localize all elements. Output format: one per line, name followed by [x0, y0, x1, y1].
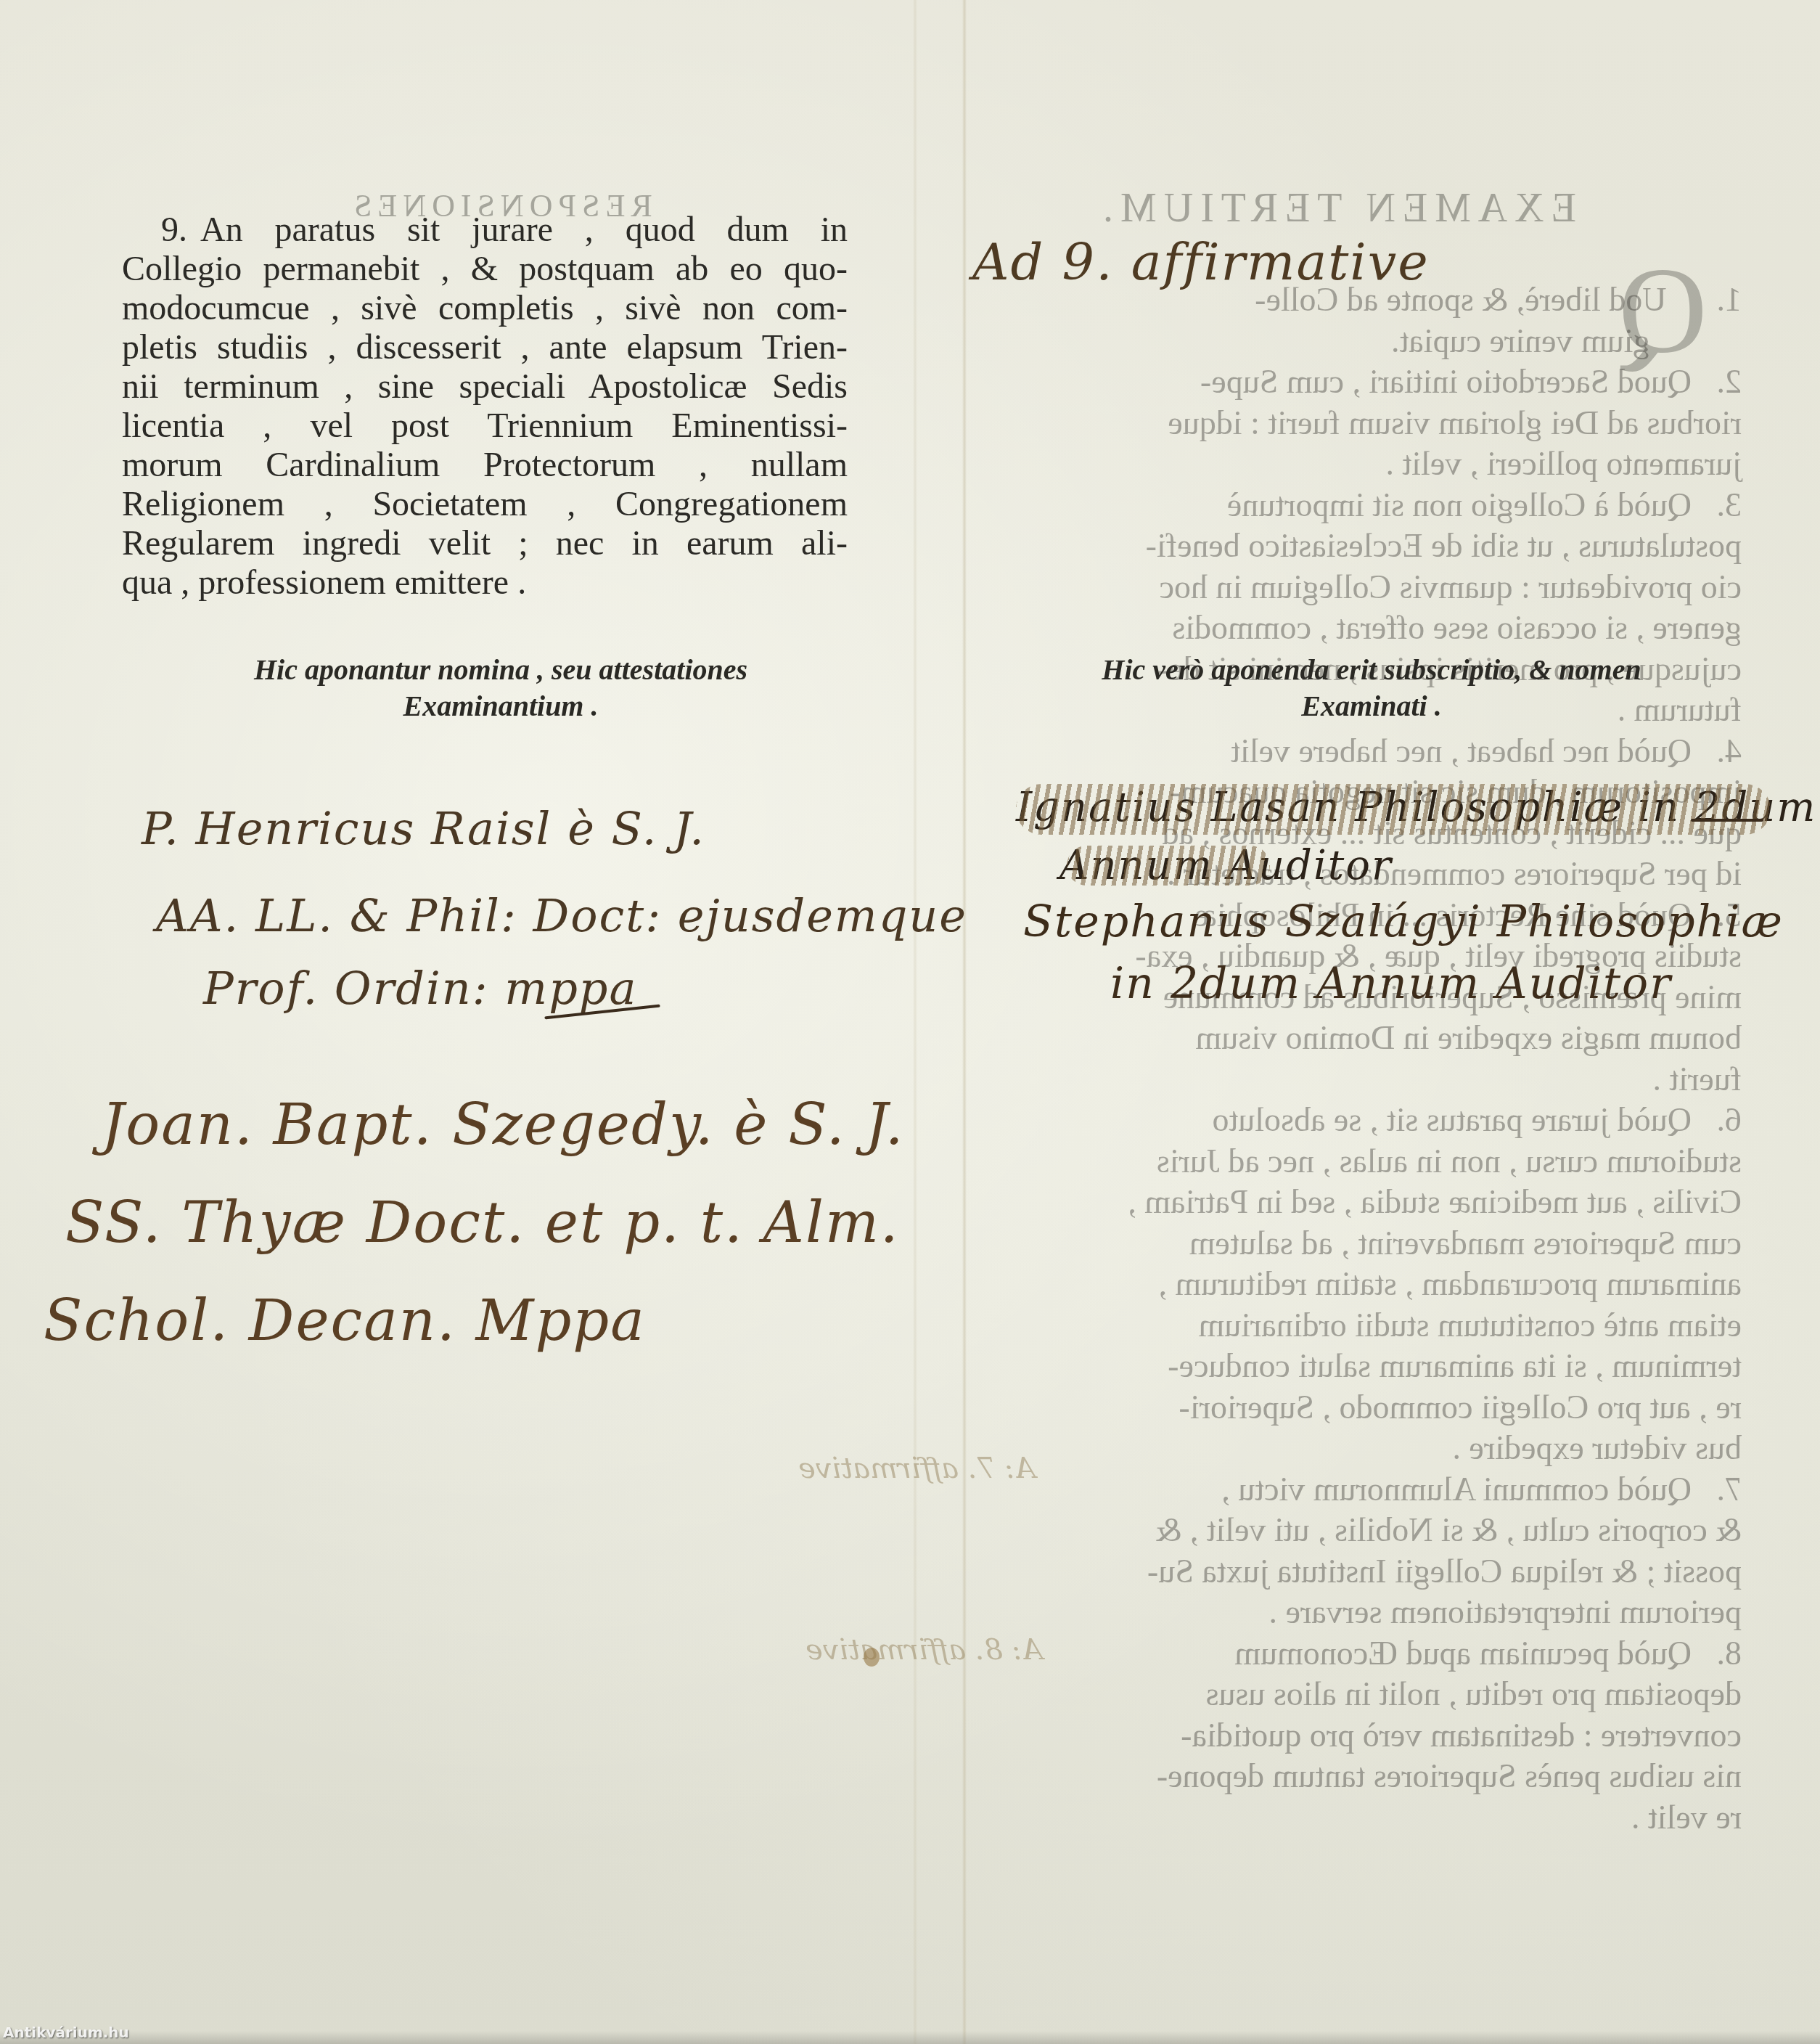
question-line: Collegio permanebit , & postquam ab eo q…: [122, 250, 848, 289]
question-line: morum Cardinalium Protectorum , nullam: [122, 446, 848, 485]
examiner-signature-2-line-2: SS. Thyæ Doct. et p. t. Alm.: [65, 1190, 900, 1256]
question-line: An paratus sit jurare , quod dum in: [200, 210, 848, 249]
examiner-signature-2-line-3: Schol. Decan. Mppa: [44, 1288, 646, 1354]
question-line: qua , professionem emittere .: [122, 563, 848, 602]
examinee-signature-line-2: in 2dum Annum Auditor: [1110, 958, 1672, 1009]
strike-through-scribble: [1016, 784, 1771, 835]
question-line: Religionem , Societatem , Congregationem: [122, 485, 848, 524]
watermark-text: Antikvárium.hu: [3, 2024, 129, 2041]
question-9-text: 9.An paratus sit jurare , quod dum in Co…: [122, 210, 848, 602]
question-9-block: 9.An paratus sit jurare , quod dum in Co…: [122, 210, 848, 602]
examiner-signature-1-line-1: P. Henricus Raisl è S. J.: [142, 802, 705, 855]
document-page: RESPONSIONES 9.An paratus sit jurare , q…: [0, 0, 1820, 2044]
entry-underline: [1691, 819, 1763, 822]
examinee-caption: Hic verò aponenda erit subscriptio, & no…: [1009, 652, 1734, 724]
question-line: pletis studiis , discesserit , ante elap…: [122, 328, 848, 367]
examiner-signature-1-line-3: Prof. Ordin: mppa: [203, 962, 637, 1015]
answer-note: Ad 9. affirmative: [972, 232, 1430, 292]
question-line: licentia , vel post Triennium Eminentiss…: [122, 406, 848, 446]
strike-through-scribble: [1067, 846, 1270, 886]
bleed-through-title: EXAMEN TERTIUM.: [1096, 185, 1576, 232]
examiner-signature-2-line-1: Joan. Bapt. Szegedy. è S. J.: [102, 1092, 904, 1158]
question-line: modocumcue , sivè completis , sivè non c…: [122, 289, 848, 328]
ink-stain: [864, 1648, 880, 1667]
question-number: 9.: [161, 210, 187, 249]
page-fold-line: [962, 0, 967, 2044]
question-line: Regularem ingredi velit ; nec in earum a…: [122, 524, 848, 563]
examinee-signature-line-1: Stephanus Szalágyi Philosophiæ: [1023, 896, 1784, 947]
examiner-signature-1-line-2: AA. LL. & Phil: Doct: ejusdemque: [156, 889, 967, 942]
examiners-caption: Hic aponantur nomina , seu attestationes…: [174, 652, 827, 724]
page-fold-line: [913, 0, 917, 2044]
page-bottom-edge: [0, 2031, 1820, 2044]
bleed-through-text: 1. Uod liberè, & sponte ad Colle- gium v…: [994, 279, 1742, 1838]
question-line: nii terminum , sine speciali Apostolicæ …: [122, 367, 848, 406]
